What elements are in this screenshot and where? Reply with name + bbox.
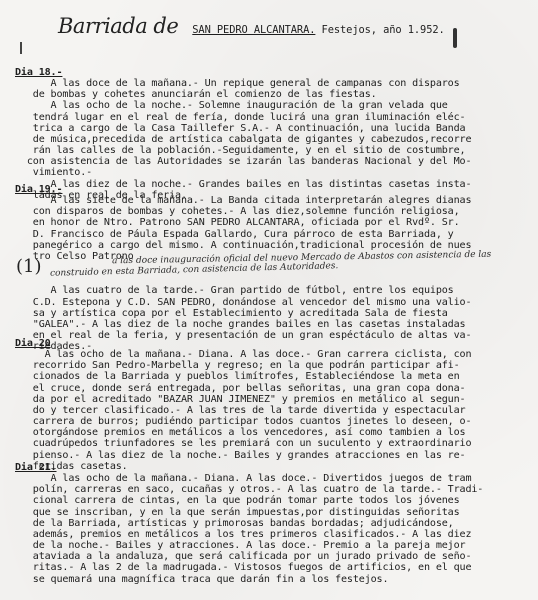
text-line: A las ocho de la mañana.- Diana. A las d…: [15, 473, 471, 484]
text-line: do y tercer clasificado.- A las tres de …: [15, 405, 465, 416]
text-line: tendrá lugar en el real de fería, donde …: [15, 112, 465, 123]
text-line: sa y artística copa por el Establecimien…: [15, 308, 448, 319]
text-line: pienso.- A las diez de la noche.- Bailes…: [15, 450, 465, 461]
text-line: cionados de la Barriada y pueblos limítr…: [15, 371, 460, 382]
day-heading-text: Dia 21.: [15, 462, 57, 473]
text-line: se quemará una magnífica traca que darán…: [15, 574, 388, 585]
text-line: trica a cargo de la Casa Taillefer S.A.-…: [15, 123, 465, 134]
text-line: además, premios en metálicos a los tres …: [15, 529, 471, 540]
day-heading: Dia 18.-: [15, 67, 62, 78]
text-line: carrera de burros; pudiéndo participar t…: [15, 416, 471, 427]
day-heading: Dia 20: [15, 338, 51, 349]
typed-title: SAN PEDRO ALCANTARA. Festejos, año 1.952…: [192, 24, 444, 36]
text-line: panegérico a cargo del mismo. A continua…: [15, 240, 471, 251]
handwritten-title-prefix: Barriada de: [58, 14, 178, 38]
ink-bracket-mark: [20, 42, 22, 54]
day-heading-text: Dia 18.-: [15, 67, 62, 78]
day-heading-text: Dia 19.-: [15, 184, 62, 195]
document-title: Barriada de SAN PEDRO ALCANTARA. Festejo…: [58, 14, 445, 38]
day-heading: Dia 21.: [15, 462, 57, 473]
text-line: que se inscriban, y en la que serán impu…: [15, 507, 460, 518]
text-line: ataviada a la andaluza, que será calific…: [15, 551, 471, 562]
scanned-document-page: Barriada de SAN PEDRO ALCANTARA. Festejo…: [0, 0, 538, 600]
day-heading-text: Dia 20: [15, 338, 51, 349]
text-line: A las ocho de la noche.- Solemne inaugur…: [15, 100, 448, 111]
text-line: vimiento.-: [15, 167, 92, 178]
text-line: D. Francisco de Páula Espada Gallardo, C…: [15, 229, 454, 240]
text-line: de bombas y cohetes anunciarán el comien…: [15, 89, 377, 100]
text-line: en el real de la feria, y presentación d…: [15, 330, 471, 341]
text-line: con asistencia de las Autoridades se iza…: [15, 156, 471, 167]
text-line: A las siete de la mañana.- La Banda cita…: [15, 195, 471, 206]
ink-blot-mark: [453, 28, 457, 48]
text-line: cuadrúpedos triunfadores se les premiará…: [15, 438, 471, 449]
text-line: recorrido San Pedro-Marbella y regreso; …: [15, 360, 460, 371]
text-line: polín, carreras en saco, cucañas y otros…: [15, 484, 483, 495]
text-line: de la noche.- Bailes y atracciones. A la…: [15, 540, 465, 551]
text-line: de la Barriada, artísticas y primorosas …: [15, 518, 454, 529]
text-line: A las cuatro de la tarde.- Gran partido …: [15, 285, 454, 296]
day-heading: Dia 19.-: [15, 184, 62, 195]
text-line: cional carrera de cintas, en la que podr…: [15, 495, 460, 506]
text-line: da por el acreditado "BAZAR JUAN JIMENEZ…: [15, 394, 465, 405]
text-line: C.D. Estepona y C.D. SAN PEDRO, donándos…: [15, 297, 471, 308]
text-line: en honor de Ntro. Patrono SAN PEDRO ALCA…: [15, 217, 460, 228]
text-line: A las diez de la noche.- Grandes bailes …: [15, 179, 471, 190]
text-line: rán las calles de la población.-Seguidam…: [15, 145, 465, 156]
text-line: ritas.- A las 2 de la madrugada.- Vistos…: [15, 562, 471, 573]
text-line: con disparos de bombas y cohetes.- A las…: [15, 206, 460, 217]
text-line: "GALEA".- A las diez de la noche grandes…: [15, 319, 465, 330]
text-line: otorgándose premios en metálicos a los v…: [15, 427, 465, 438]
text-line: A las ocho de la mañana.- Diana. A las d…: [15, 349, 471, 360]
text-line: el cruce, donde será entregada, por bell…: [15, 383, 465, 394]
text-line: de música,precedida de artística cabalga…: [15, 134, 471, 145]
text-line: A las doce de la mañana.- Un repique gen…: [15, 78, 460, 89]
